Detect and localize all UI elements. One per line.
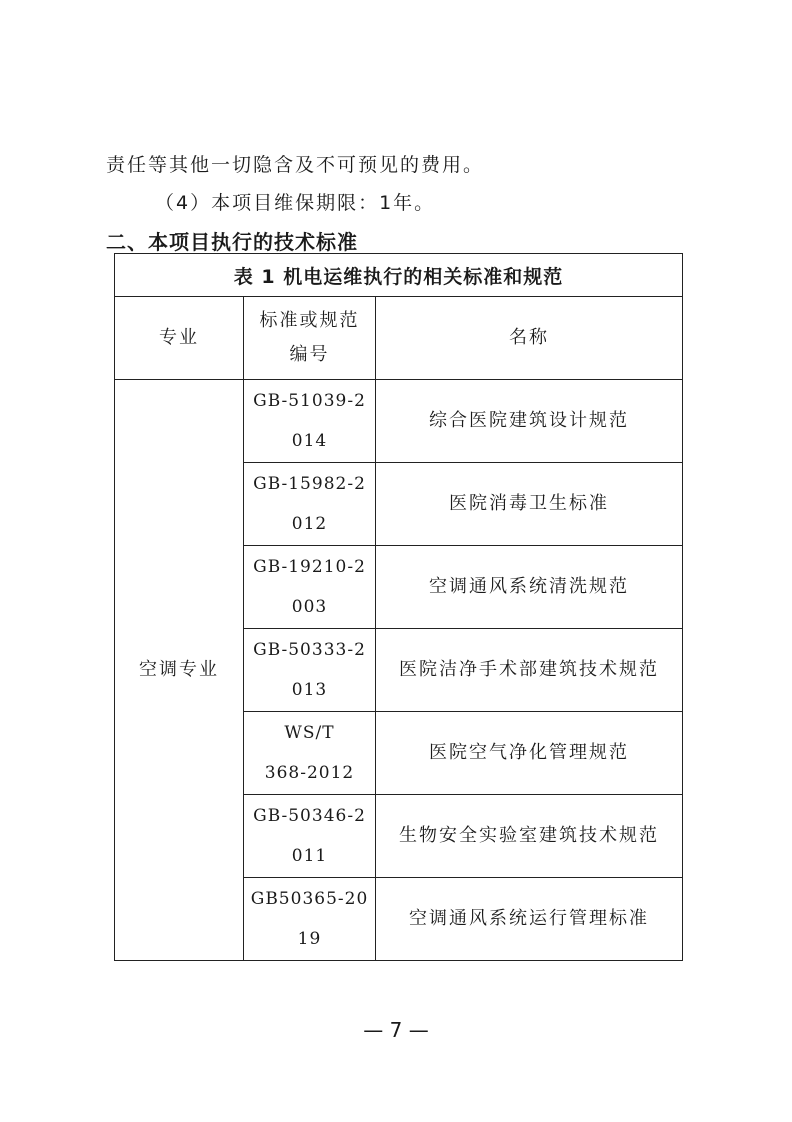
name-cell: 医院空气净化管理规范 xyxy=(376,712,683,795)
code-line1: GB-15982-2 xyxy=(253,474,366,494)
name-cell: 生物安全实验室建筑技术规范 xyxy=(376,795,683,878)
code-line2: 19 xyxy=(298,929,322,949)
name-cell: 空调通风系统清洗规范 xyxy=(376,546,683,629)
code-line1: WS/T xyxy=(284,723,334,743)
name-cell: 医院洁净手术部建筑技术规范 xyxy=(376,629,683,712)
code-line2: 011 xyxy=(292,846,327,866)
code-line2: 013 xyxy=(292,680,327,700)
code-cell: GB50365-2019 xyxy=(244,878,376,961)
code-cell: WS/T368-2012 xyxy=(244,712,376,795)
paragraph-continuation: 责任等其他一切隐含及不可预见的费用。 xyxy=(106,150,484,177)
table-caption: 表 1 机电运维执行的相关标准和规范 xyxy=(115,254,683,297)
section-heading: 二、本项目执行的技术标准 xyxy=(106,226,358,255)
code-line1: GB-50346-2 xyxy=(253,806,366,826)
code-cell: GB-50346-2011 xyxy=(244,795,376,878)
header-discipline: 专业 xyxy=(115,297,244,380)
code-line1: GB50365-20 xyxy=(251,889,369,909)
name-cell: 医院消毒卫生标准 xyxy=(376,463,683,546)
discipline-cell: 空调专业 xyxy=(115,380,244,961)
name-cell: 空调通风系统运行管理标准 xyxy=(376,878,683,961)
code-cell: GB-19210-2003 xyxy=(244,546,376,629)
code-line1: GB-51039-2 xyxy=(253,391,366,411)
header-name: 名称 xyxy=(376,297,683,380)
code-line2: 014 xyxy=(292,431,327,451)
header-code: 标准或规范编号 xyxy=(244,297,376,380)
header-code-line2: 编号 xyxy=(290,344,330,365)
page-number: — 7 — xyxy=(0,1018,792,1042)
header-code-line1: 标准或规范 xyxy=(260,310,360,331)
code-line1: GB-19210-2 xyxy=(253,557,366,577)
name-cell: 综合医院建筑设计规范 xyxy=(376,380,683,463)
paragraph-maintenance-period: （4）本项目维保期限：1年。 xyxy=(155,188,435,215)
code-line2: 003 xyxy=(292,597,327,617)
code-cell: GB-51039-2014 xyxy=(244,380,376,463)
code-line1: GB-50333-2 xyxy=(253,640,366,660)
code-cell: GB-15982-2012 xyxy=(244,463,376,546)
standards-table: 表 1 机电运维执行的相关标准和规范 专业 标准或规范编号 名称 空调专业 GB… xyxy=(114,253,683,961)
code-line2: 368-2012 xyxy=(265,763,354,783)
code-cell: GB-50333-2013 xyxy=(244,629,376,712)
code-line2: 012 xyxy=(292,514,327,534)
table-caption-row: 表 1 机电运维执行的相关标准和规范 xyxy=(115,254,683,297)
table-row: 空调专业 GB-51039-2014 综合医院建筑设计规范 xyxy=(115,380,683,463)
table-header-row: 专业 标准或规范编号 名称 xyxy=(115,297,683,380)
